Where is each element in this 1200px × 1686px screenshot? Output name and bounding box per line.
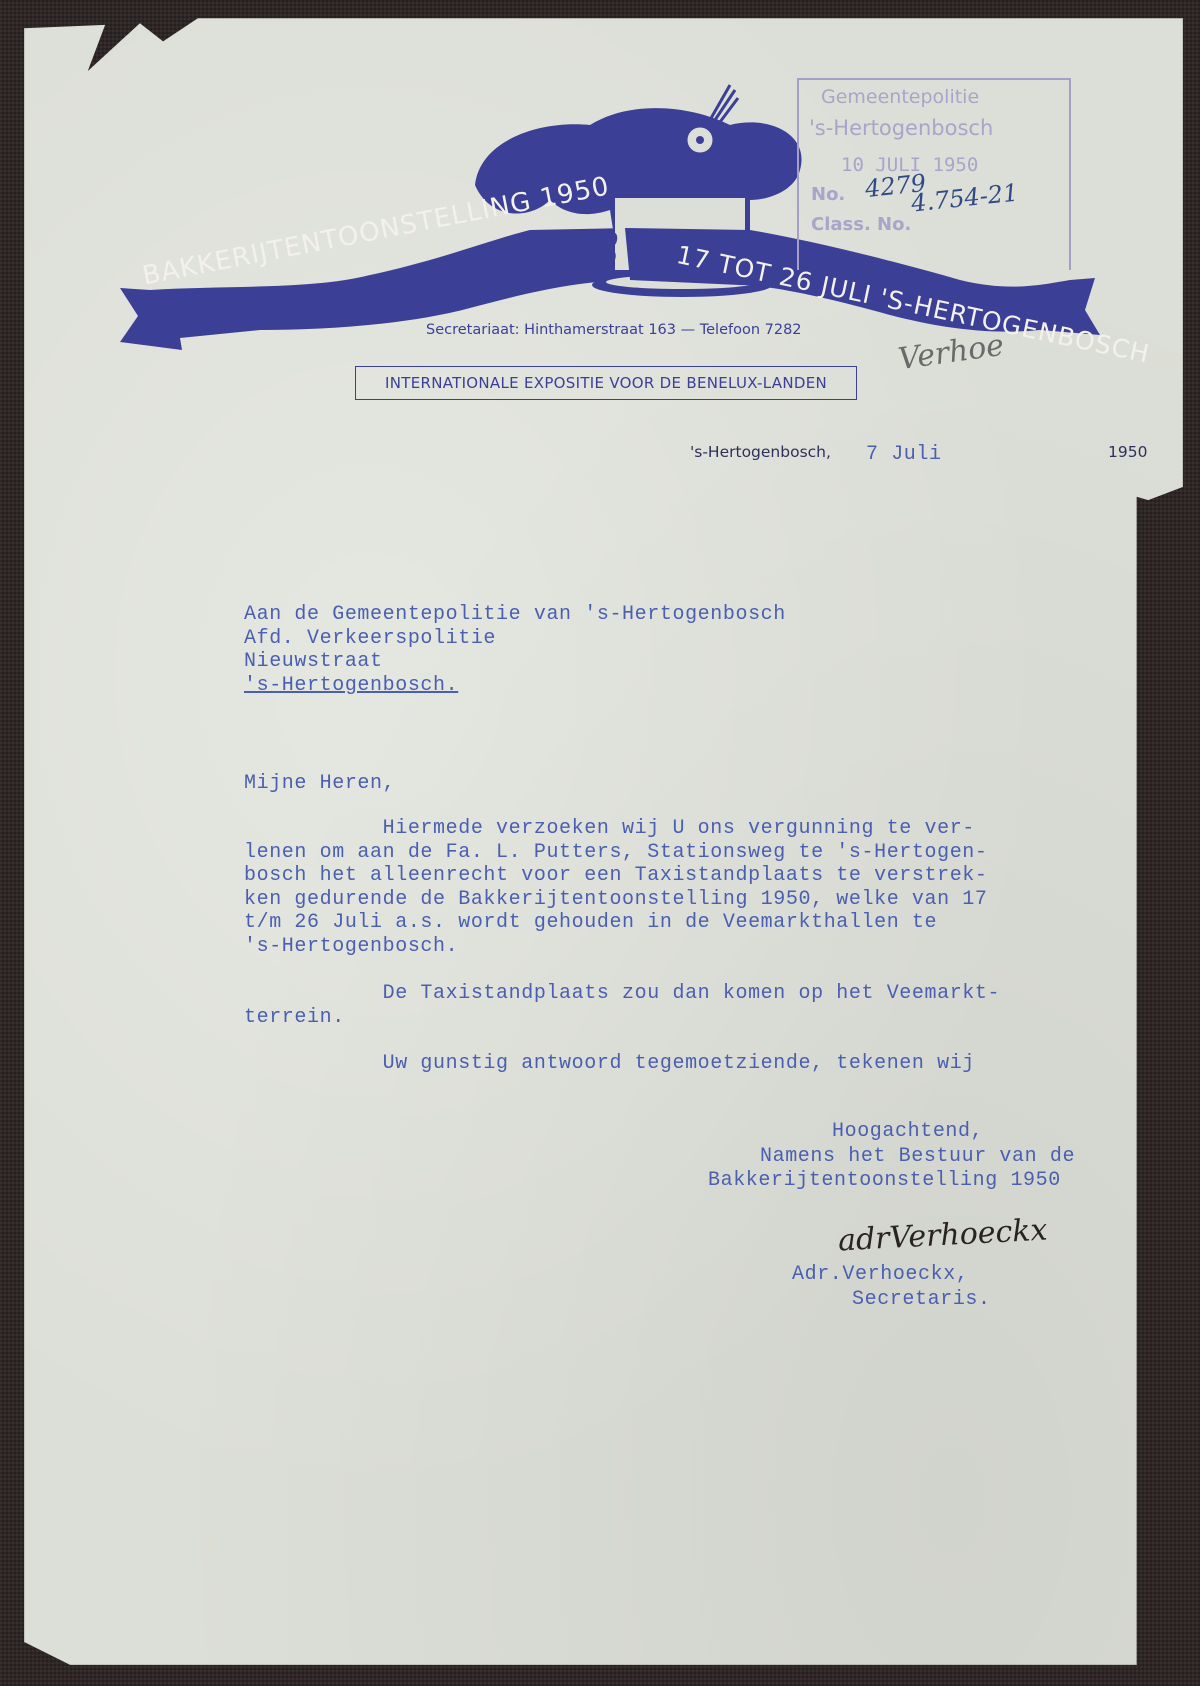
signatory-title: Secretaris. — [852, 1288, 991, 1312]
monogram-b: B — [582, 222, 620, 282]
body-paragraph-2: De Taxistandplaats zou dan komen op het … — [244, 982, 1000, 1029]
body-paragraph-1: Hiermede verzoeken wij U ons vergunning … — [244, 817, 988, 958]
body-line: bosch het alleenrecht voor een Taxistand… — [244, 864, 988, 888]
salutation: Mijne Heren, — [244, 772, 395, 796]
recipient-line: Afd. Verkeerspolitie — [244, 627, 786, 651]
stamp-class-handwritten: 4.754-21 — [910, 178, 1020, 217]
exhibition-subtitle-box: INTERNATIONALE EXPOSITIE VOOR DE BENELUX… — [355, 366, 857, 400]
body-paragraph-3: Uw gunstig antwoord tegemoetziende, teke… — [244, 1052, 975, 1076]
body-line: t/m 26 Juli a.s. wordt gehouden in de Ve… — [244, 911, 988, 935]
recipient-address: Aan de Gemeentepolitie van 's-Hertogenbo… — [244, 603, 786, 697]
dateline-day-month: 7 Juli — [866, 443, 942, 467]
closing-organisation: Bakkerijtentoonstelling 1950 — [708, 1169, 1061, 1193]
stamp-line-1: Gemeentepolitie — [821, 86, 979, 108]
body-line: 's-Hertogenbosch. — [244, 935, 988, 959]
body-line: Hiermede verzoeken wij U ons vergunning … — [244, 817, 988, 841]
body-line: ken gedurende de Bakkerijtentoonstelling… — [244, 888, 988, 912]
recipient-line: Nieuwstraat — [244, 650, 786, 674]
dateline-place: 's-Hertogenbosch, — [690, 443, 831, 461]
closing-on-behalf: Namens het Bestuur van de — [760, 1145, 1075, 1169]
stamp-line-2: 's-Hertogenbosch — [809, 116, 993, 140]
signatory-name: Adr.Verhoeckx, — [792, 1263, 968, 1287]
body-line: De Taxistandplaats zou dan komen op het … — [244, 982, 1000, 1006]
recipient-city-underlined: 's-Hertogenbosch. — [244, 674, 458, 698]
dateline-year: 1950 — [1108, 443, 1147, 461]
stamp-no-label: No. — [811, 184, 845, 205]
closing-greeting: Hoogachtend, — [832, 1120, 983, 1144]
body-line: lenen om aan de Fa. L. Putters, Stations… — [244, 841, 988, 865]
recipient-line: Aan de Gemeentepolitie van 's-Hertogenbo… — [244, 603, 786, 627]
stamp-class-label: Class. No. — [811, 214, 911, 235]
police-receipt-stamp: Gemeentepolitie 's-Hertogenbosch 10 JULI… — [797, 78, 1071, 270]
body-line: terrein. — [244, 1006, 1000, 1030]
secretariat-address: Secretariaat: Hinthamerstraat 163 — Tele… — [426, 322, 802, 338]
